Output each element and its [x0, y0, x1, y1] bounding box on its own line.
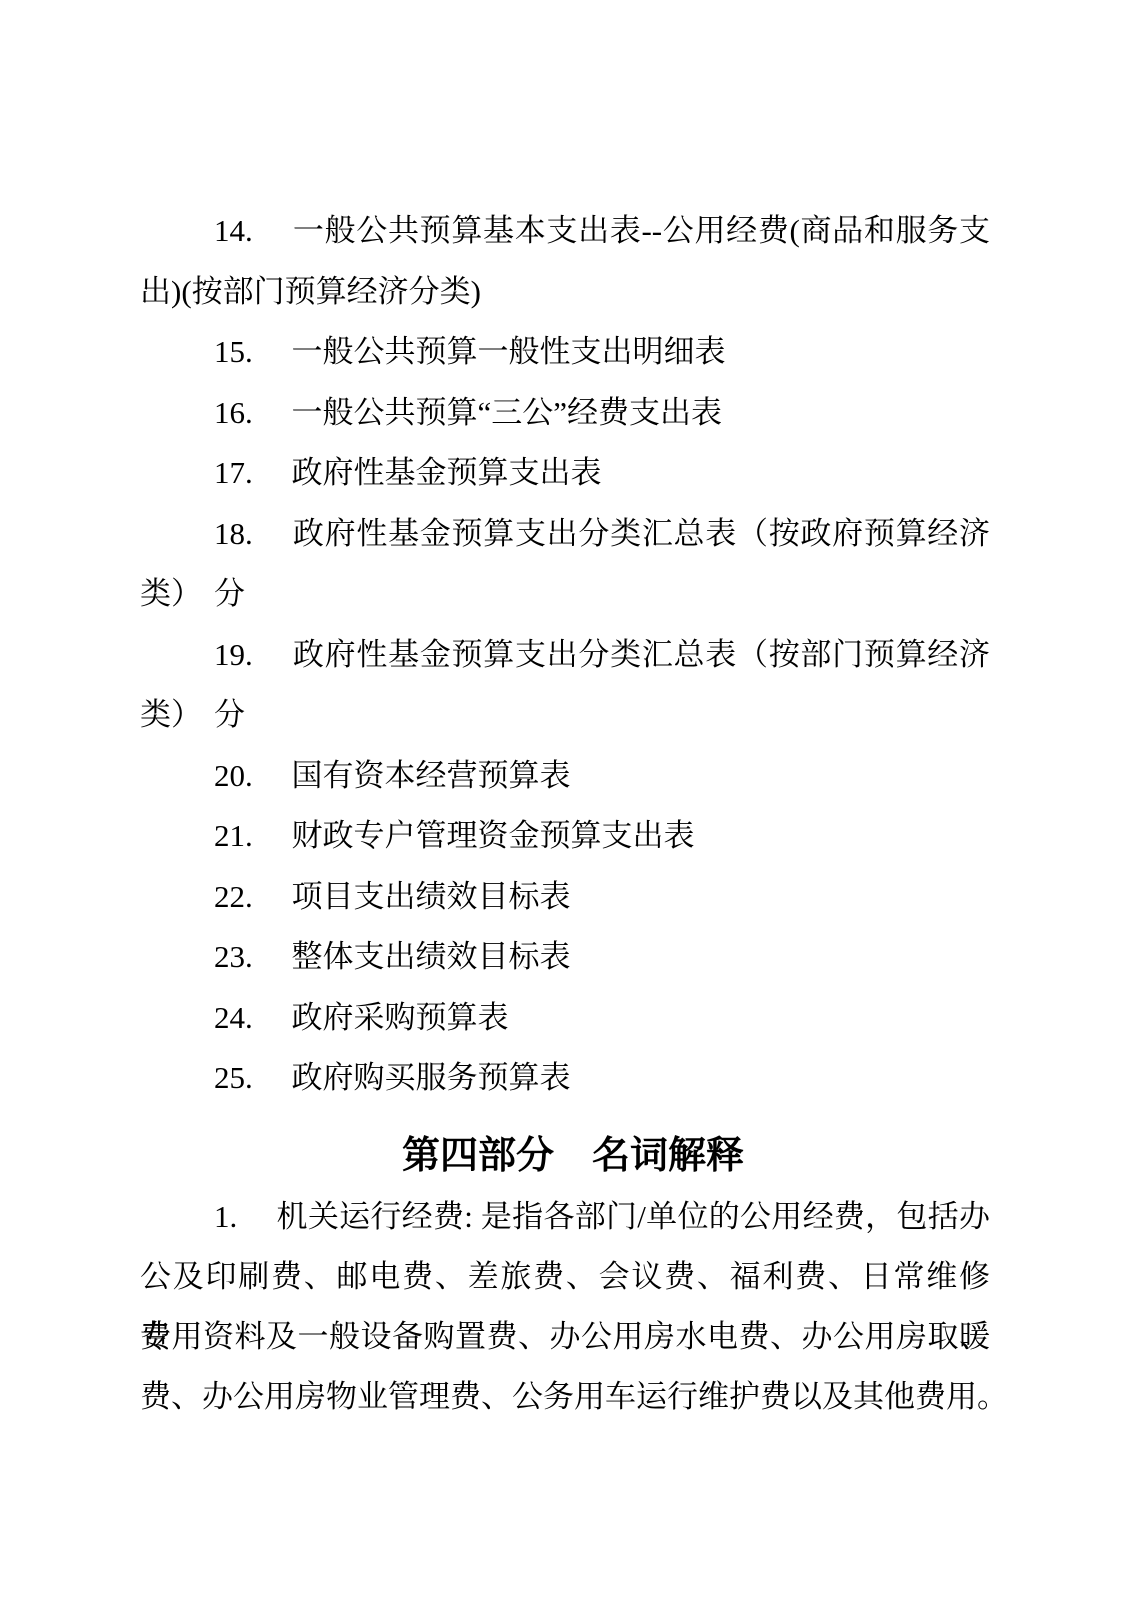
section-heading: 第四部分 名词解释 [140, 1125, 990, 1187]
list-line: 19. 政府性基金预算支出分类汇总表（按部门预算经济分 [140, 625, 990, 686]
list-line: 17. 政府性基金预算支出表 [140, 443, 990, 504]
list-line: 24. 政府采购预算表 [140, 988, 990, 1049]
list-line: 类） [140, 685, 990, 746]
page-content: 14. 一般公共预算基本支出表--公用经费(商品和服务支出)(按部门预算经济分类… [140, 201, 990, 1427]
list-line: 16. 一般公共预算“三公”经费支出表 [140, 383, 990, 444]
list-line: 15. 一般公共预算一般性支出明细表 [140, 322, 990, 383]
paragraph-line: 费、办公用房物业管理费、公务用车运行维护费以及其他费用。 [140, 1367, 990, 1427]
list-line: 14. 一般公共预算基本支出表--公用经费(商品和服务支 [140, 201, 990, 262]
paragraph-line: 专用资料及一般设备购置费、办公用房水电费、办公用房取暖 [140, 1307, 990, 1367]
budget-table-list: 14. 一般公共预算基本支出表--公用经费(商品和服务支出)(按部门预算经济分类… [140, 201, 990, 1109]
paragraph-line: 公及印刷费、邮电费、差旅费、会议费、福利费、日常维修费、 [140, 1247, 990, 1307]
list-line: 23. 整体支出绩效目标表 [140, 927, 990, 988]
document-page: 14. 一般公共预算基本支出表--公用经费(商品和服务支出)(按部门预算经济分类… [0, 0, 1144, 1618]
glossary-paragraph: 1. 机关运行经费: 是指各部门/单位的公用经费，包括办公及印刷费、邮电费、差旅… [140, 1187, 990, 1427]
list-line: 25. 政府购买服务预算表 [140, 1048, 990, 1109]
list-line: 21. 财政专户管理资金预算支出表 [140, 806, 990, 867]
list-line: 类） [140, 564, 990, 625]
list-line: 出)(按部门预算经济分类) [140, 262, 990, 323]
list-line: 18. 政府性基金预算支出分类汇总表（按政府预算经济分 [140, 504, 990, 565]
list-line: 20. 国有资本经营预算表 [140, 746, 990, 807]
paragraph-line: 1. 机关运行经费: 是指各部门/单位的公用经费，包括办 [140, 1187, 990, 1247]
list-line: 22. 项目支出绩效目标表 [140, 867, 990, 928]
